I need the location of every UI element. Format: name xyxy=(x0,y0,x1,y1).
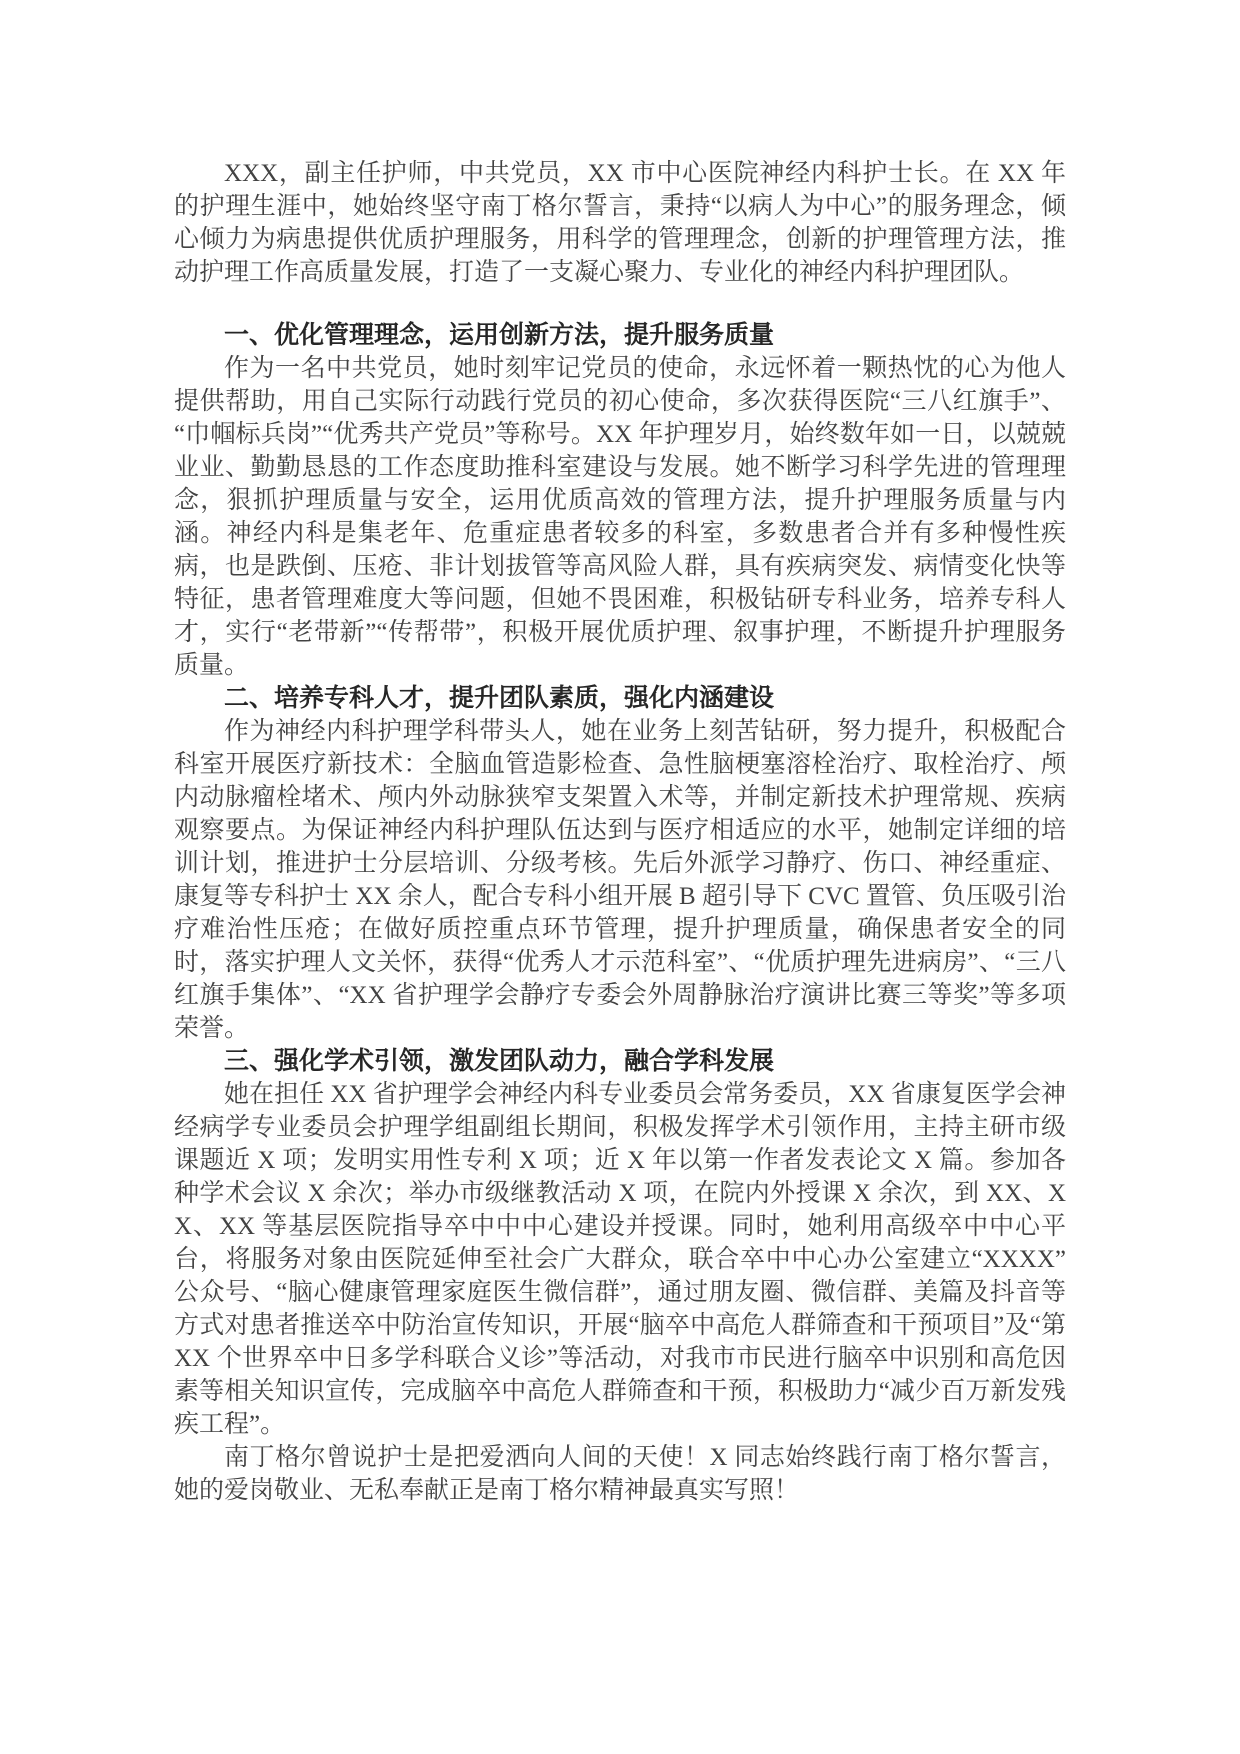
intro-paragraph: XXX，副主任护师，中共党员，XX 市中心医院神经内科护士长。在 XX 年的护理… xyxy=(174,157,1066,289)
section-1-heading: 一、优化管理理念，运用创新方法，提升服务质量 xyxy=(174,319,1066,352)
closing-paragraph: 南丁格尔曾说护士是把爱洒向人间的天使！X 同志始终践行南丁格尔誓言，她的爱岗敬业… xyxy=(174,1441,1066,1507)
section-2-paragraph: 作为神经内科护理学科带头人，她在业务上刻苦钻研，努力提升，积极配合科室开展医疗新… xyxy=(174,715,1066,1045)
section-1-paragraph: 作为一名中共党员，她时刻牢记党员的使命，永远怀着一颗热忱的心为他人提供帮助，用自… xyxy=(174,352,1066,682)
section-3-paragraph: 她在担任 XX 省护理学会神经内科专业委员会常务委员，XX 省康复医学会神经病学… xyxy=(174,1078,1066,1441)
section-3-heading: 三、强化学术引领，激发团队动力，融合学科发展 xyxy=(174,1045,1066,1078)
document-page: XXX，副主任护师，中共党员，XX 市中心医院神经内科护士长。在 XX 年的护理… xyxy=(0,0,1240,1754)
section-2-heading: 二、培养专科人才，提升团队素质，强化内涵建设 xyxy=(174,682,1066,715)
